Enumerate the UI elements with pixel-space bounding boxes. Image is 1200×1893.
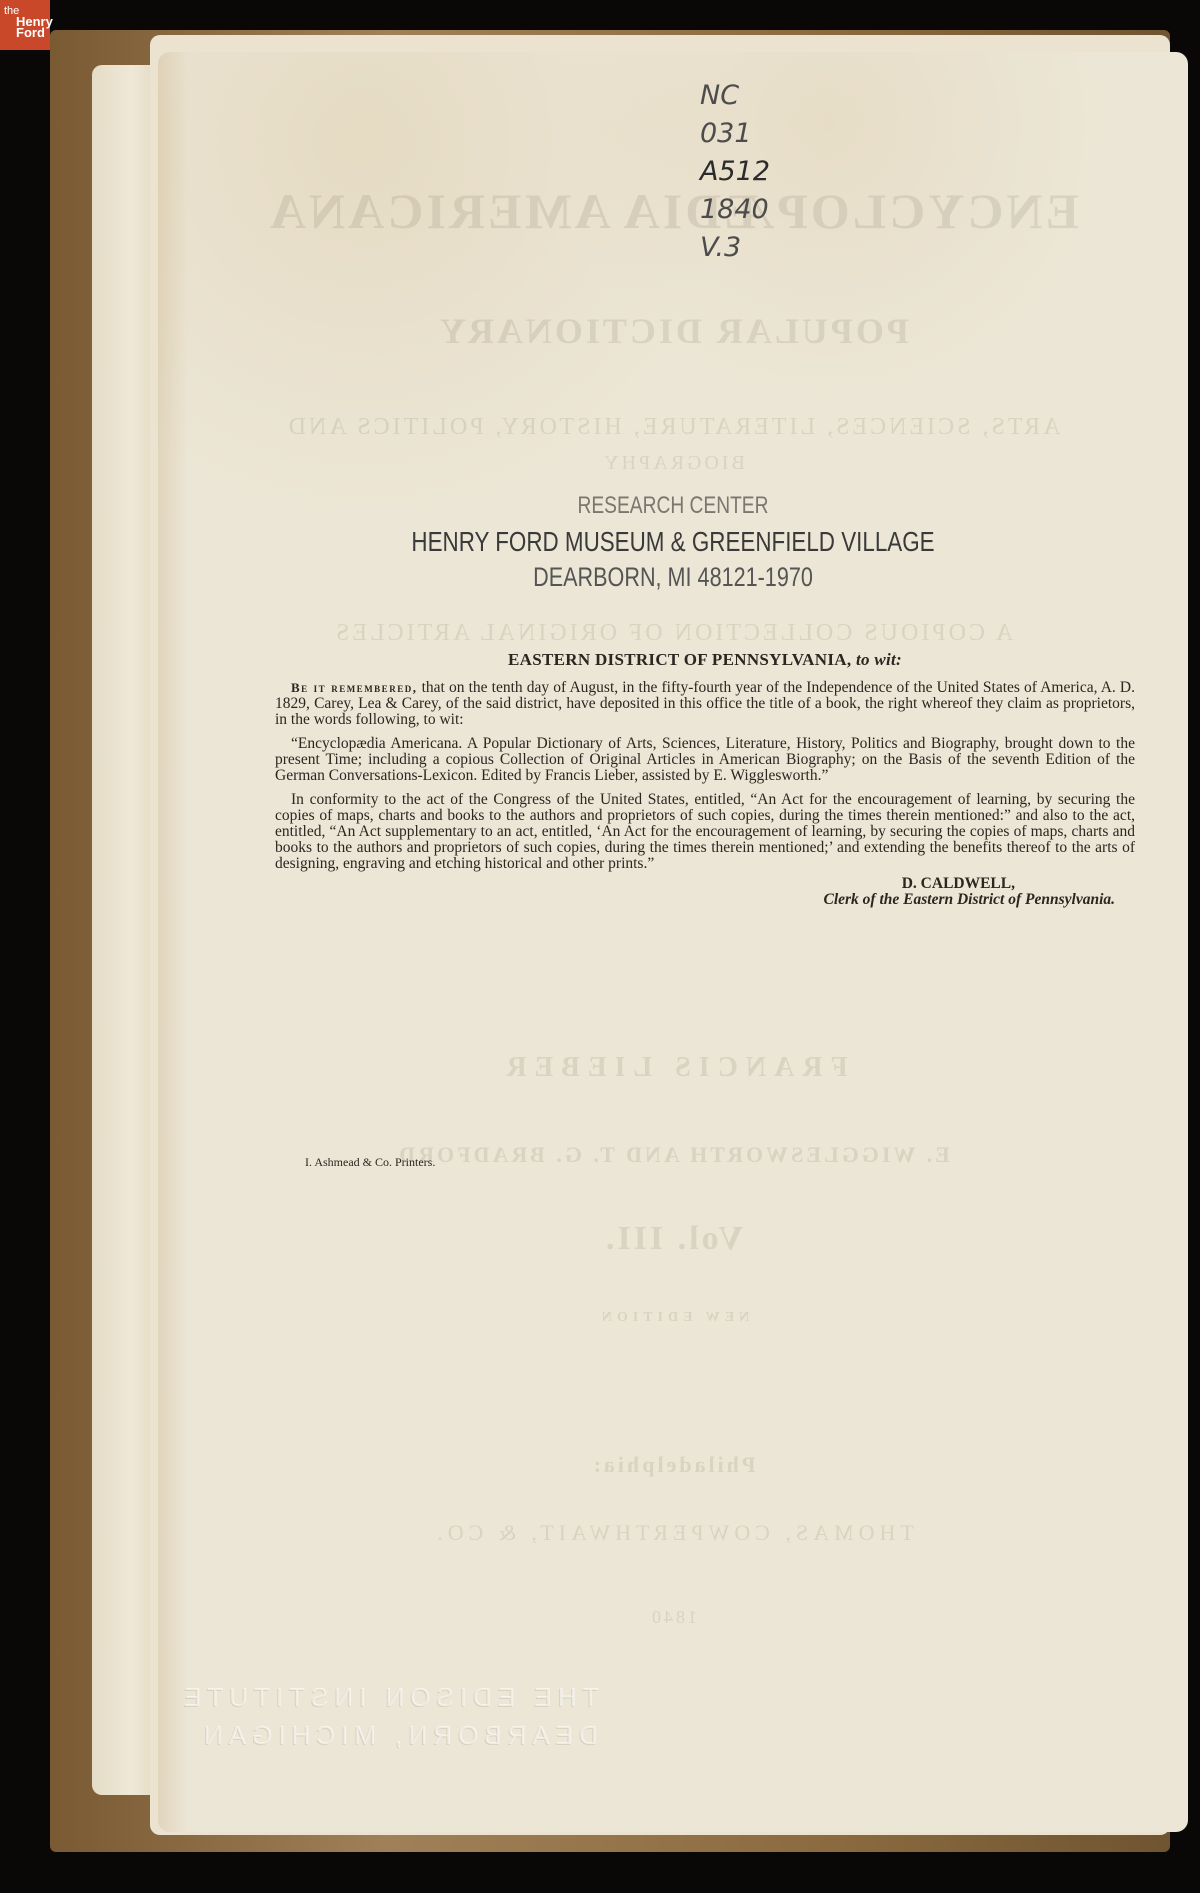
paragraph-act: In conformity to the act of the Congress… [275,792,1135,872]
copyright-notice: EASTERN DISTRICT OF PENNSYLVANIA, to wit… [275,652,1135,908]
bleed-through-subtitle: POPULAR DICTIONARY [158,310,1188,352]
lead-words: Be it remembered, [291,680,417,695]
stamp-museum-name: HENRY FORD MUSEUM & GREENFIELD VILLAGE [261,526,1085,558]
signature-title: Clerk of the Eastern District of Pennsyl… [275,892,1135,908]
bleed-through-title: ENCYCLOPÆDIA AMERICANA [158,182,1188,240]
paragraph-entry: Be it remembered, that on the tenth day … [275,680,1135,728]
heading-text: EASTERN DISTRICT OF PENNSYLVANIA, [508,650,851,669]
bleed-through-volume: Vol. III. [158,1220,1188,1258]
signature-name: D. CALDWELL, [275,876,1135,892]
logo-text: Ford [16,26,50,39]
signature-block: D. CALDWELL, Clerk of the Eastern Distri… [275,876,1135,908]
bleed-through-subjects: ARTS, SCIENCES, LITERATURE, HISTORY, POL… [158,414,1188,441]
handwritten-call-number: NC 031 A512 1840 V.3 [700,77,790,267]
bleed-through-year: 1840 [158,1607,1188,1628]
call-number-line: 1840 [700,191,790,229]
heading-suffix: to wit: [856,650,902,669]
stamp-address: DEARBORN, MI 48121-1970 [261,562,1085,593]
embossed-stamp-line1: THE EDISON INSTITUTE [178,1682,598,1713]
bleed-through-biography: BIOGRAPHY [158,452,1188,475]
bleed-through-city: Philadelphia: [158,1452,1188,1478]
call-number-line: 031 [700,115,790,153]
call-number-line: NC [700,77,790,115]
bleed-through-collection: A COPIOUS COLLECTION OF ORIGINAL ARTICLE… [158,620,1188,647]
printer-imprint: I. Ashmead & Co. Printers. [305,1155,435,1170]
bleed-through-edition: NEW EDITION [158,1310,1188,1326]
paragraph-title: “Encyclopædia Americana. A Popular Dicti… [275,736,1135,784]
title-page-verso: ENCYCLOPÆDIA AMERICANA POPULAR DICTIONAR… [158,52,1188,1832]
call-number-line: V.3 [700,229,790,267]
stamp-research-center: RESEARCH CENTER [261,492,1085,520]
bleed-through-editor: FRANCIS LIEBER [158,1052,1188,1084]
notice-heading: EASTERN DISTRICT OF PENNSYLVANIA, to wit… [275,652,1135,668]
bleed-through-publisher: THOMAS, COWPERTHWAIT, & CO. [158,1520,1188,1546]
call-number-line: A512 [700,153,790,191]
henry-ford-logo: the Henry Ford [0,0,50,50]
embossed-stamp-line2: DEARBORN, MICHIGAN [198,1720,598,1751]
